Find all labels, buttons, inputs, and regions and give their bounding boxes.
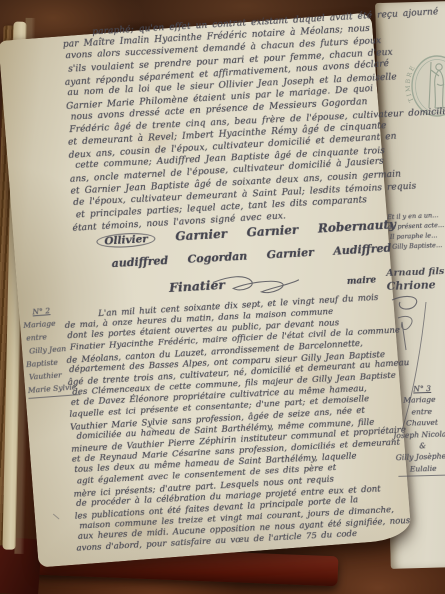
- margin-line: entre: [395, 405, 445, 418]
- margin-line: Gilly Josèphe: [394, 451, 445, 464]
- signature: Chrione: [386, 278, 445, 293]
- officiant-signature: Finatier: [169, 276, 226, 294]
- margin-line: Eulalie: [398, 462, 445, 477]
- signature: Garnier: [266, 246, 314, 262]
- act2-text: L'an mil huit cent soixante dix sept, et…: [64, 293, 402, 555]
- signature: Garnier: [246, 223, 298, 240]
- handwritten-line: Il paraphe le…: [390, 230, 445, 242]
- facing-page-signatures: Arnaud filsChrione: [386, 266, 445, 293]
- margin-line: N° 3: [398, 382, 445, 395]
- margin-line: Mariage: [392, 394, 445, 407]
- handwritten-line: Gilly Baptiste…: [392, 240, 445, 252]
- officiant-title: maire: [347, 275, 377, 287]
- signature: Garnier: [175, 227, 227, 244]
- signature: Robernauty: [318, 217, 397, 235]
- signature: Audiffred: [333, 242, 392, 258]
- margin-line: Chauvet: [397, 417, 445, 430]
- signature: Ollivier: [96, 232, 156, 249]
- signature: Arnaud fils: [386, 266, 445, 279]
- registry-book-photo: TIMBRE paraphé; qu'en effet un contrat e…: [0, 0, 445, 594]
- act-continuation-text: paraphé; qu'en effet un contrat existant…: [62, 10, 402, 234]
- facing-page-note: Et il y en a un…au présent acte…Il parap…: [387, 210, 445, 252]
- signature: audiffred: [111, 254, 168, 270]
- margin-note-act3: N° 3MariageentreChauvetJoseph Nicolas&Gi…: [392, 383, 445, 478]
- signature: Cogordan: [187, 250, 247, 266]
